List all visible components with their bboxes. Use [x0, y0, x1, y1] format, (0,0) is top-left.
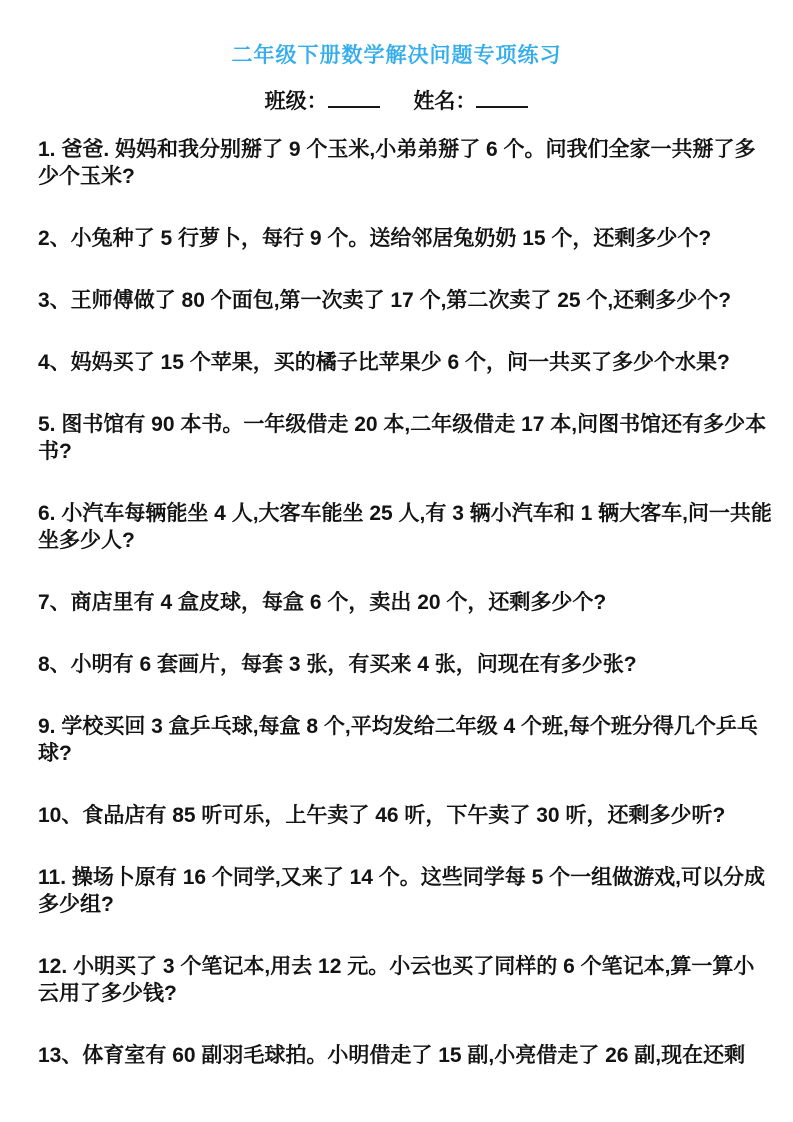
problem-3: 3、王师傅做了 80 个面包,第一次卖了 17 个,第二次卖了 25 个,还剩多…: [38, 287, 772, 314]
class-blank-line: [328, 89, 380, 108]
class-field: 班级：: [265, 90, 386, 113]
name-field: 姓名：: [413, 90, 528, 113]
problem-7: 7、商店里有 4 盒皮球，每盒 6 个，卖出 20 个，还剩多少个?: [38, 589, 772, 616]
problem-1: 1. 爸爸. 妈妈和我分别掰了 9 个玉米,小弟弟掰了 6 个。问我们全家一共掰…: [38, 136, 772, 190]
class-label: 班级：: [265, 90, 328, 113]
worksheet-page: 二年级下册数学解决问题专项练习 班级： 姓名： 1. 爸爸. 妈妈和我分别掰了 …: [0, 0, 793, 1122]
problem-6: 6. 小汽车每辆能坐 4 人,大客车能坐 25 人,有 3 辆小汽车和 1 辆大…: [38, 500, 772, 554]
name-blank-line: [476, 89, 528, 108]
problem-4: 4、妈妈买了 15 个苹果，买的橘子比苹果少 6 个，问一共买了多少个水果?: [38, 349, 772, 376]
name-label: 姓名：: [413, 90, 476, 113]
student-info-row: 班级： 姓名：: [0, 89, 793, 114]
problem-12: 12. 小明买了 3 个笔记本,用去 12 元。小云也买了同样的 6 个笔记本,…: [38, 953, 772, 1007]
problem-13: 13、体育室有 60 副羽毛球拍。小明借走了 15 副,小亮借走了 26 副,现…: [38, 1042, 772, 1069]
problem-11: 11. 操场卜原有 16 个同学,又来了 14 个。这些同学每 5 个一组做游戏…: [38, 864, 772, 918]
problem-5: 5. 图书馆有 90 本书。一年级借走 20 本,二年级借走 17 本,问图书馆…: [38, 411, 772, 465]
problem-2: 2、小兔种了 5 行萝卜，每行 9 个。送给邻居兔奶奶 15 个，还剩多少个?: [38, 225, 772, 252]
page-title: 二年级下册数学解决问题专项练习: [0, 44, 793, 68]
problem-8: 8、小明有 6 套画片，每套 3 张，有买来 4 张，问现在有多少张?: [38, 651, 772, 678]
problem-list: 1. 爸爸. 妈妈和我分别掰了 9 个玉米,小弟弟掰了 6 个。问我们全家一共掰…: [0, 136, 793, 1069]
problem-9: 9. 学校买回 3 盒乒乓球,每盒 8 个,平均发给二年级 4 个班,每个班分得…: [38, 713, 772, 767]
problem-10: 10、食品店有 85 听可乐，上午卖了 46 听，下午卖了 30 听，还剩多少听…: [38, 802, 772, 829]
